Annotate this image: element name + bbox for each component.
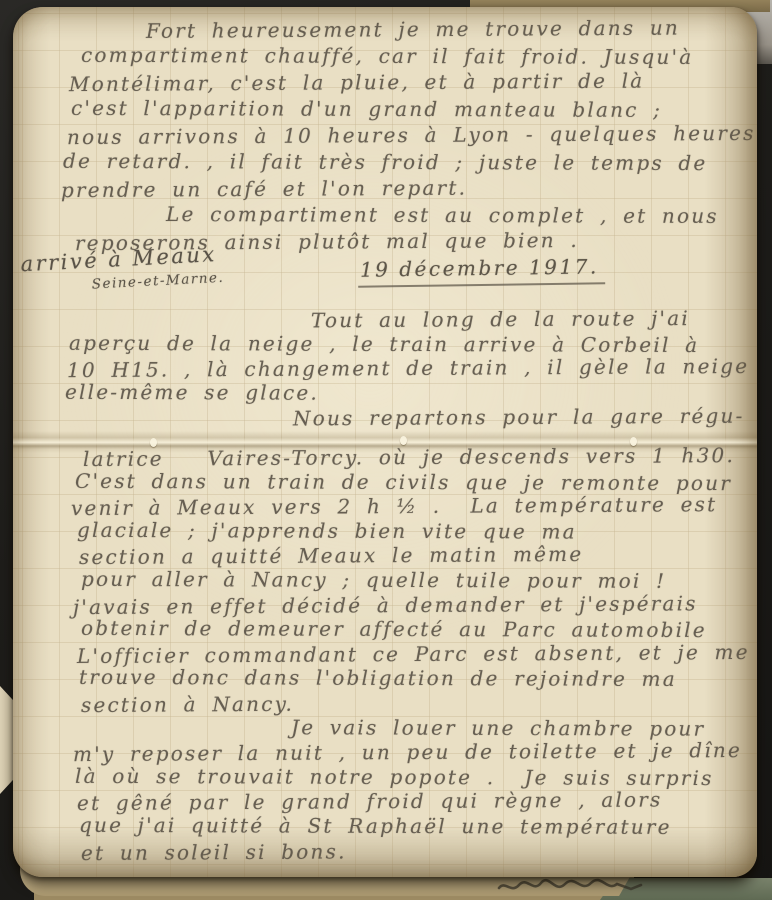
notebook-page: Fort heureusement je me trouve dans unco… (13, 7, 757, 877)
diary-photo: Fort heureusement je me trouve dans unco… (0, 0, 772, 900)
page-edge-shading (13, 7, 757, 877)
